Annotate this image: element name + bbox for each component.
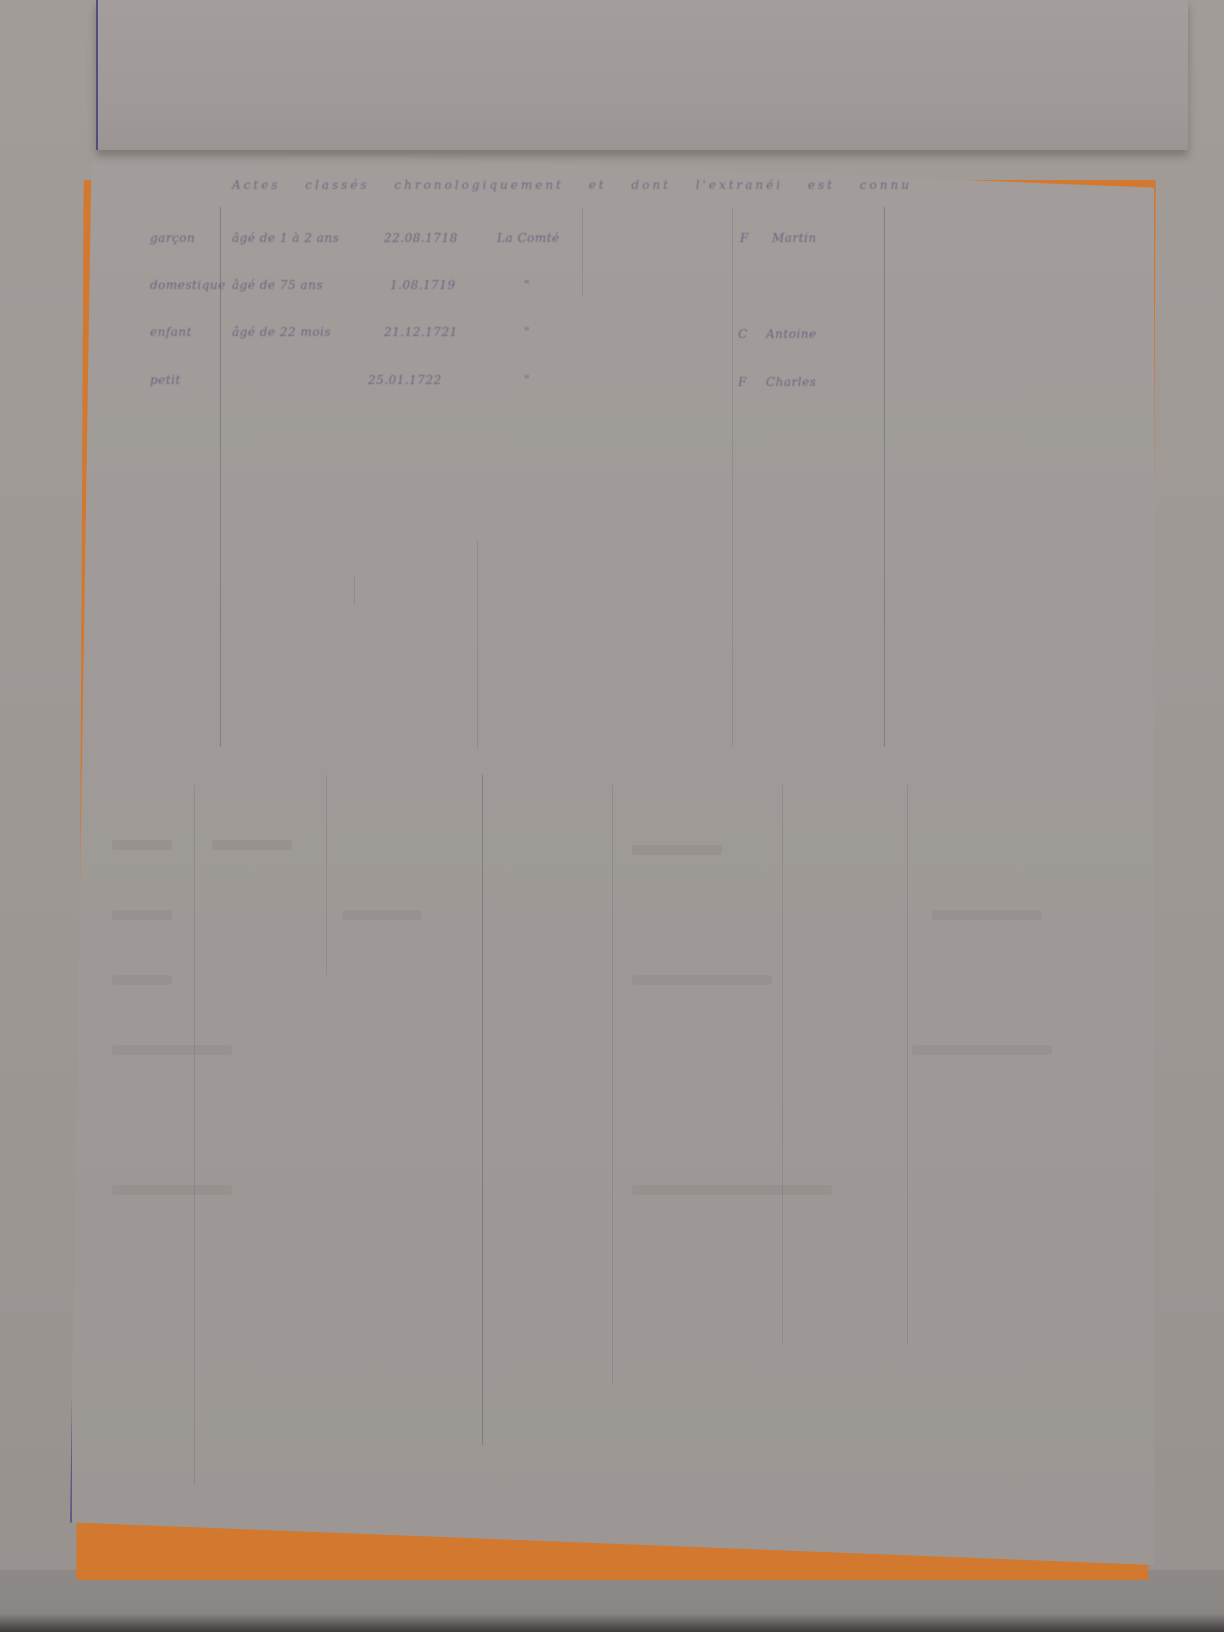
cell-lieu: " (524, 278, 530, 292)
bleed-through (112, 1185, 232, 1195)
flipped-previous-sheet (96, 0, 1188, 150)
cell-lieu: " (524, 325, 530, 339)
column-rule (326, 775, 327, 975)
bleed-through (632, 1185, 832, 1195)
cell-lieu: " (524, 373, 530, 387)
cell-age: âgé de 1 à 2 ans (232, 231, 339, 245)
bleed-through (212, 840, 292, 850)
bleed-through (342, 910, 422, 920)
cell-qualite: enfant (150, 325, 192, 339)
bleed-through (112, 975, 172, 985)
cell-date: 1.08.1719 (390, 278, 456, 292)
cell-ref-name: Charles (766, 375, 816, 389)
cell-qualite: petit (150, 373, 181, 387)
cell-qualite: garçon (150, 231, 195, 245)
cell-ref-name: Martin (772, 231, 817, 245)
cell-date: 25.01.1722 (368, 373, 442, 387)
cell-age: âgé de 22 mois (232, 325, 331, 339)
cell-ref: F (740, 231, 749, 245)
column-rule (884, 207, 885, 747)
column-rule (482, 775, 483, 1445)
column-rule (907, 785, 908, 1345)
column-rule (354, 575, 355, 605)
column-rule (612, 785, 613, 1385)
cell-lieu: La Comté (497, 231, 560, 245)
bleed-through (912, 1045, 1052, 1055)
bleed-through (632, 975, 772, 985)
column-rule (582, 207, 583, 297)
bleed-through (112, 840, 172, 850)
column-rule (194, 785, 195, 1485)
notebook-page: Actes classés chronologiquement et dont … (70, 145, 1154, 1565)
column-rule (732, 207, 733, 747)
column-rule (782, 785, 783, 1345)
cell-qualite: domestique (150, 278, 226, 292)
bleed-through (112, 910, 172, 920)
column-rule (477, 540, 478, 750)
cell-date: 22.08.1718 (384, 231, 458, 245)
cell-age: âgé de 75 ans (232, 278, 323, 292)
bleed-through (112, 1045, 232, 1055)
page-heading: Actes classés chronologiquement et dont … (232, 178, 912, 192)
cell-date: 21.12.1721 (384, 325, 458, 339)
cell-ref: F (738, 375, 747, 389)
bleed-through (632, 845, 722, 855)
cell-ref: C (738, 327, 748, 341)
cell-ref-name: Antoine (766, 327, 817, 341)
bleed-through (932, 910, 1042, 920)
